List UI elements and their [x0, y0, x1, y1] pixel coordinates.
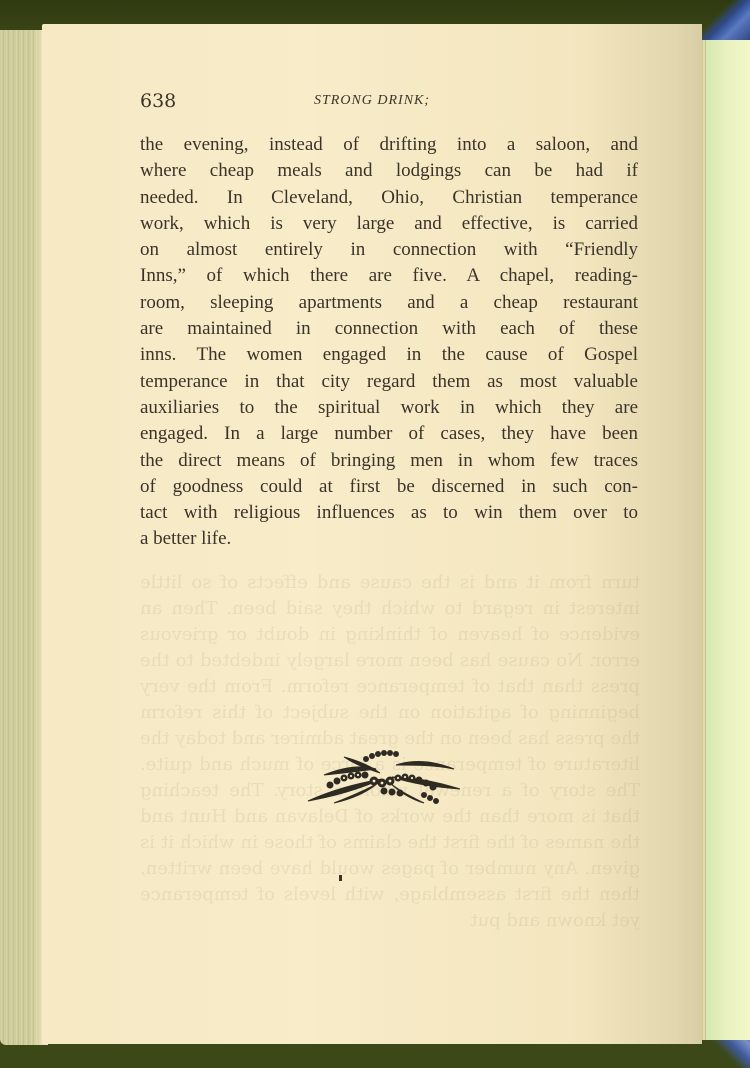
running-title: STRONG DRINK; [314, 93, 430, 109]
ink-speck [339, 875, 342, 881]
page-stack-edge [0, 30, 48, 1045]
text-line: where cheap meals and lodgings can be ha… [140, 158, 638, 184]
text-line: work, which is very large and effective,… [140, 211, 638, 237]
scan-backdrop-bottom [0, 1040, 750, 1068]
text-line: temperance in that city regard them as m… [140, 369, 638, 395]
text-line: inns. The women engaged in the cause of … [140, 342, 638, 368]
text-line: are maintained in connection with each o… [140, 316, 638, 342]
text-line: the evening, instead of drifting into a … [140, 132, 638, 158]
text-line: engaged. In a large number of cases, the… [140, 421, 638, 447]
text-line: auxiliaries to the spiritual work in whi… [140, 395, 638, 421]
text-line: the direct means of bringing men in whom… [140, 448, 638, 474]
text-line: of goodness could at first be discerned … [140, 474, 638, 500]
page-number: 638 [140, 90, 176, 112]
text-line-last: a better life. [140, 526, 638, 552]
floral-tailpiece-icon [304, 745, 464, 807]
facing-page-edge [706, 40, 750, 1040]
running-head: 638 STRONG DRINK; [140, 88, 636, 114]
text-line: Inns,” of which there are five. A chapel… [140, 263, 638, 289]
text-line: on almost entirely in connection with “F… [140, 237, 638, 263]
text-line: tact with religious influences as to win… [140, 500, 638, 526]
text-line: needed. In Cleveland, Ohio, Christian te… [140, 185, 638, 211]
text-line: room, sleeping apartments and a cheap re… [140, 290, 638, 316]
body-text: the evening, instead of drifting into a … [140, 132, 638, 553]
